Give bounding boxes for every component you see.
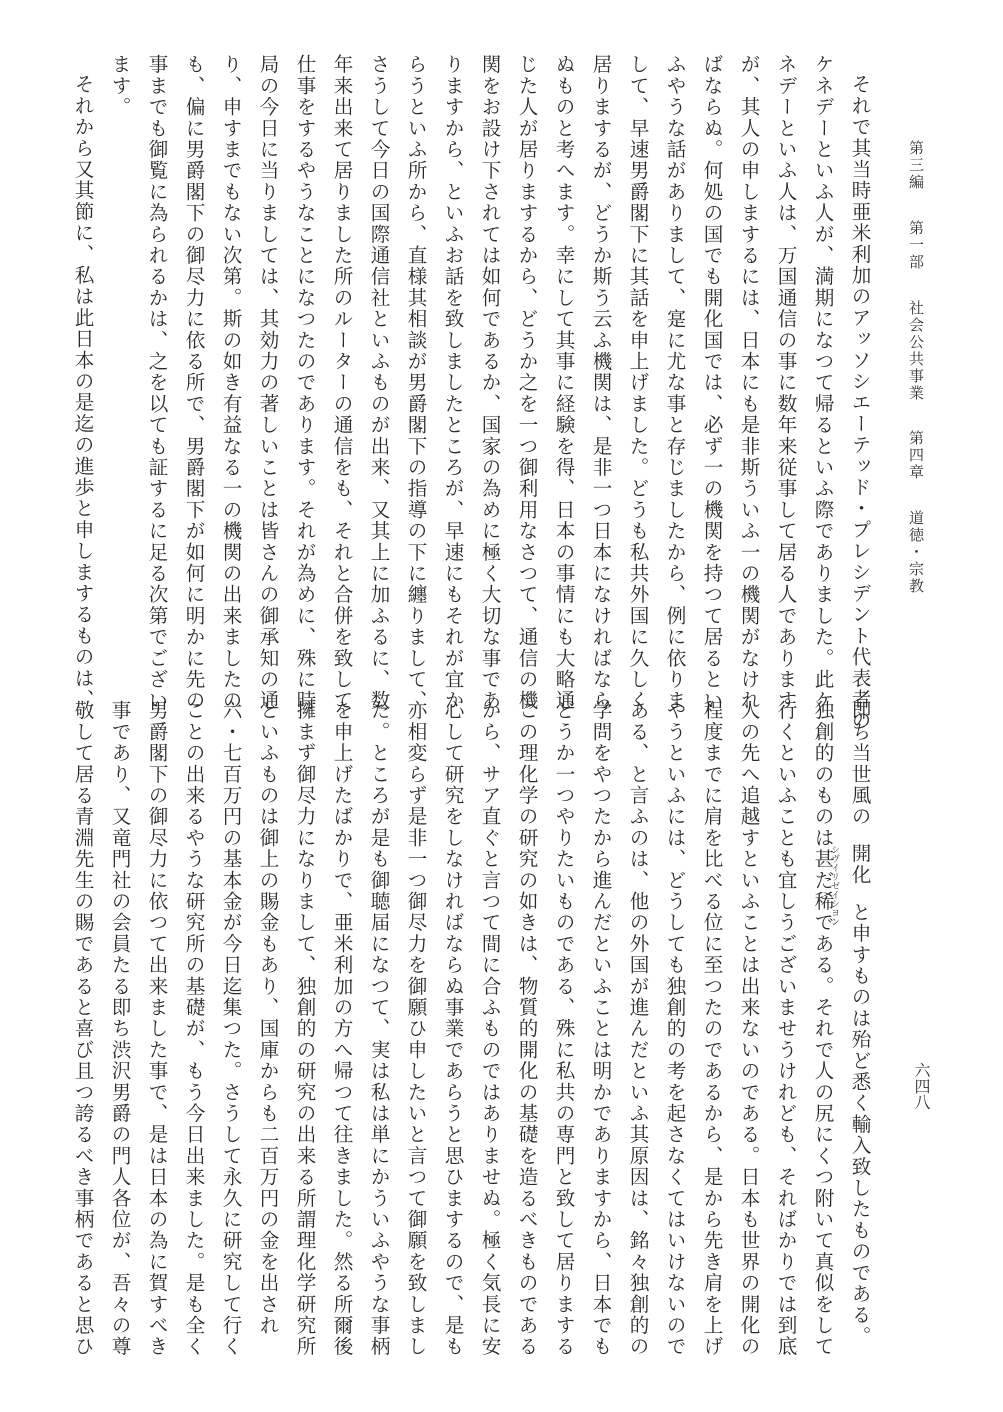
- text-line: た。ところが是も御聴届になつて、実は私は単にかういふやうな事柄: [360, 700, 397, 1300]
- text-line: 独創的のものは甚だ稀である。それで人の尻にくつ附いて真似をして: [804, 700, 841, 1300]
- text-line: 行くといふことも宜しうございませうけれども、そればかりでは到底: [767, 700, 804, 1300]
- text-line: 事であり、又竜門社の会員たる即ち渋沢男爵の門人各位が、吾々の尊: [101, 700, 138, 1300]
- text-line: さうして今日の国際通信社といふものが出来、又其上に加ふるに、数: [360, 54, 397, 634]
- text-line: 擁まず御尽力になりまして、独創的の研究の出来る所謂理化学研究所: [286, 700, 323, 1300]
- text-line: それから又其節に、私は此日本の是迄の進歩と申しまするものは、: [64, 54, 101, 634]
- text-line: 局の今日に当りましては、其効力の著しいことは皆さんの御承知の通: [249, 54, 286, 634]
- text-line: ばならぬ。何処の国でも開化国では、必ず一の機関を持つて居るとい: [693, 54, 730, 634]
- text-line: が、其人の申しまするには、日本にも是非斯ういふ一の機関がなけれ: [730, 54, 767, 634]
- text-line: 男爵閣下の御尽力に依つて出来ました事で、是は日本の為に賀すべき: [138, 700, 175, 1300]
- text-line: ケネデーといふ人が、満期になつて帰るといふ際でありました。此ケ: [804, 54, 841, 634]
- text-line: 居りまするが、どうか斯う云ふ機関は、是非一つ日本になければなら: [582, 54, 619, 634]
- text-line: 敬して居る青淵先生の賜であると喜び且つ誇るべき事柄であると思ひ: [64, 700, 101, 1300]
- text-line: ことの出来るやうな研究所の基礎が、もう今日出来ました。是も全く: [175, 700, 212, 1300]
- text-line: やうといふには、どうしても独創的の考を起さなくてはいけないので: [656, 700, 693, 1300]
- text-line: じた人が居りまするから、どうか之を一つ御利用なさつて、通信の機: [508, 54, 545, 634]
- text-line: どうか一つやりたいものである、殊に私共の専門と致して居りまする: [545, 700, 582, 1300]
- ruby-annotation: シヴイリゼイシヨン: [829, 845, 839, 926]
- text-line: り、申すまでもない次第。斯の如き有益なる一の機関の出来ましたの: [212, 54, 249, 634]
- header-section-title: 社会公共事業: [906, 300, 927, 402]
- text-line: 亦相変らず是非一つ御尽力を御願ひ申したいと言つて御願を致しまし: [397, 700, 434, 1300]
- text-line: 程度までに肩を比べる位に至つたのであるから、是から先き肩を上げ: [693, 700, 730, 1300]
- text-line-with-ruby: 即ち当世風の開化シヴイリゼイシヨンと申すものは殆ど悉く輸入致したものである。: [841, 700, 878, 1300]
- text-line: ふやうな話がありまして、寔に尤な事と存じましたから、例に依りま: [656, 54, 693, 634]
- header-part: 第三編: [906, 140, 927, 191]
- text-line: から、サア直ぐと言つて間に合ふものではありませぬ。極く気長に安: [471, 700, 508, 1300]
- text-line: 事までも御覧に為られるかは、之を以ても証するに足る次第でござい: [138, 54, 175, 634]
- text-line: それで其当時亜米利加のアッソシエーテッド・プレシデント代表者の: [841, 54, 878, 634]
- text-line: 人の先へ追越すといふことは出来ないのである。日本も世界の開化の: [730, 700, 767, 1300]
- ruby-term: 開化シヴイリゼイシヨン: [841, 843, 878, 885]
- text-line: 六・七百万円の基本金が今日迄集つた。さうして永久に研究して行く: [212, 700, 249, 1300]
- text-line: ある、と言ふのは、他の外国が進んだといふ其原因は、銘々独創的の: [619, 700, 656, 1300]
- lower-text-block: 即ち当世風の開化シヴイリゼイシヨンと申すものは殆ど悉く輸入致したものである。 独…: [64, 700, 878, 1300]
- header-chapter: 第四章: [906, 430, 927, 481]
- running-head: 第三編 第一部 社会公共事業 第四章 道徳・宗教: [906, 140, 927, 617]
- text-line: も、偏に男爵閣下の御尽力に依る所で、男爵閣下が如何に明かに先の: [175, 54, 212, 634]
- text-line: 関をお設け下されては如何であるか、国家の為めに極く大切な事であ: [471, 54, 508, 634]
- header-chapter-title: 道徳・宗教: [906, 510, 927, 595]
- text-line: 学問をやつたから進んだといふことは明かでありますから、日本でも: [582, 700, 619, 1300]
- text-line: ます。: [101, 54, 138, 634]
- text-line: といふものは御上の賜金もあり、国庫からも二百万円の金を出され: [249, 700, 286, 1300]
- text-line: 年来出来て居りました所のルーターの通信をも、それと合併を致して: [323, 54, 360, 634]
- text-line: 心して研究をしなければならぬ事業であらうと思ひまするので、是も: [434, 700, 471, 1300]
- header-section: 第一部: [906, 220, 927, 271]
- text-line: 仕事をするやうなことになつたのであります。それが為めに、殊に時: [286, 54, 323, 634]
- text-line: ネデーといふ人は、万国通信の事に数年来従事して居る人であります: [767, 54, 804, 634]
- text-line: ぬものと考へます。幸にして其事に経験を得、日本の事情にも大略通: [545, 54, 582, 634]
- text-line: して、早速男爵閣下に其話を申上げました。どうも私共外国に久しく: [619, 54, 656, 634]
- text-line: らうといふ所から、直様其相談が男爵閣下の指導の下に纏りまして、: [397, 54, 434, 634]
- upper-text-block: それで其当時亜米利加のアッソシエーテッド・プレシデント代表者の ケネデーといふ人…: [64, 54, 878, 634]
- text-line: を申上げたばかりで、亜米利加の方へ帰つて往きました。然る所爾後: [323, 700, 360, 1300]
- text-line: りますから、といふお話を致しましたところが、早速にもそれが宜か: [434, 54, 471, 634]
- page-number: 六四八: [910, 1062, 933, 1110]
- text-line: この理化学の研究の如きは、物質的開化の基礎を造るべきものである: [508, 700, 545, 1300]
